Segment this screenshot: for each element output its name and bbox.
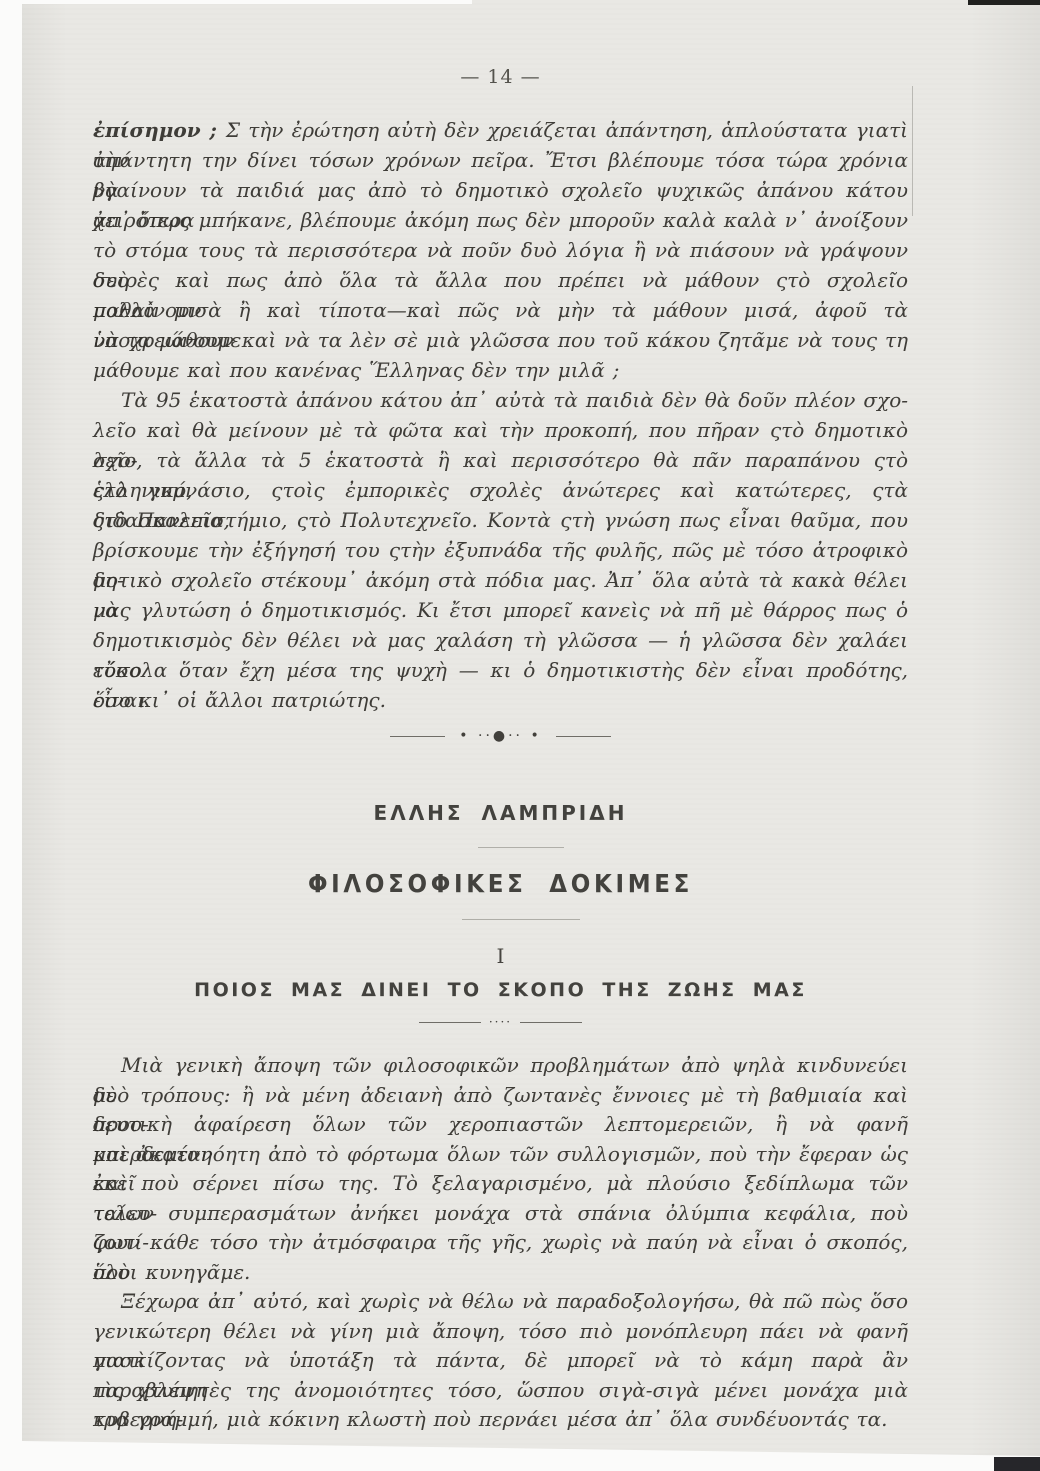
paragraph-2: Τὰ 95 ἑκατοστὰ ἀπάνου κάτου ἀπ᾽ αὐτὰ τὰ … bbox=[93, 385, 908, 715]
text-line: τρα γραμμή, μιὰ κόκινη κλωστὴ ποὺ περνάε… bbox=[93, 1405, 908, 1435]
text-line: Τὰ 95 ἑκατοστὰ ἀπάνου κάτου ἀπ᾽ αὐτὰ τὰ … bbox=[93, 385, 908, 415]
divider-line bbox=[556, 736, 611, 737]
text-line: μας γλυτώση ὁ δημοτικισμός. Κι ἔτσι μπορ… bbox=[93, 595, 908, 625]
text-line: βγαίνουν τὰ παιδιά μας ἀπὸ τὸ δημοτικὸ σ… bbox=[93, 175, 908, 205]
divider-line bbox=[419, 1022, 481, 1023]
chapter-divider-ornament: ···· bbox=[93, 1015, 908, 1029]
paragraph-lead-word: ἐπίσημον ; bbox=[93, 118, 217, 142]
text-line: σειρὲς καὶ πως ἀπὸ ὅλα τὰ ἄλλα που πρέπε… bbox=[93, 265, 908, 295]
paragraph-3: Μιὰ γενικὴ ἄποψη τῶν φιλοσοφικῶν προβλημ… bbox=[93, 1051, 908, 1287]
text-line: μοτικὸ σχολεῖο στέκουμ᾽ ἀκόμη στὰ πόδια … bbox=[93, 565, 908, 595]
text-line: δημοτικισμὸς δὲν θέλει νὰ μας χαλάση τὴ … bbox=[93, 625, 908, 655]
paragraph-4: Ξέχωρα ἀπ᾽ αὐτό, καὶ χωρὶς νὰ θέλω νὰ πα… bbox=[93, 1287, 908, 1435]
text-line: καὶ ποὺ σέρνει πίσω της. Τὸ ξελαγαρισμέν… bbox=[93, 1169, 908, 1199]
divider-line bbox=[390, 736, 445, 737]
text-line: ςτὸ Πανεπιστήμιο, ςτὸ Πολυτεχνεῖο. Κοντὰ… bbox=[93, 505, 908, 535]
text-line: ταίων συμπερασμάτων ἀνήκει μονάχα στὰ σπ… bbox=[93, 1199, 908, 1229]
scan-dark-artifact-top bbox=[968, 0, 1040, 5]
text-line: λεῖο, τὰ ἄλλα τὰ 5 ἑκατοστὰ ἢ καὶ περισσ… bbox=[93, 445, 908, 475]
text-line: ἀπ᾽ ὅπως μπήκανε, βλέπουμε ἀκόμη πως δὲν… bbox=[93, 205, 908, 235]
text-line: τὸ στόμα τους τὰ περισσότερα νὰ ποῦν δυὸ… bbox=[93, 235, 908, 265]
text-line: Μιὰ γενικὴ ἄποψη τῶν φιλοσοφικῶν προβλημ… bbox=[93, 1051, 908, 1081]
text-line: ςτὸ γυμνάσιο, ςτοὶς ἐμπορικὲς σχολὲς ἀνώ… bbox=[93, 475, 908, 505]
chapter-title-heading: ΠΟΙΟΣ ΜΑΣ ΔΙΝΕΙ ΤΟ ΣΚΟΠΟ ΤΗΣ ΖΩΗΣ ΜΑΣ bbox=[93, 979, 908, 1001]
text-line: ὅλοι κυνηγᾶμε. bbox=[93, 1258, 908, 1288]
page-number: — 14 — bbox=[93, 66, 908, 88]
heading-rule bbox=[478, 847, 564, 848]
paragraph-1: ἐπίσημον ;Σ τὴν ἐρώτηση αὐτὴ δὲν χρειάζε… bbox=[93, 115, 908, 385]
paragraph-lines: Μιὰ γενικὴ ἄποψη τῶν φιλοσοφικῶν προβλημ… bbox=[93, 1051, 908, 1287]
text-line: γενικώτερη θέλει νὰ γίνη μιὰ ἄποψη, τόσο… bbox=[93, 1317, 908, 1347]
scanned-book-page: — 14 — ἐπίσημον ;Σ τὴν ἐρώτηση αὐτὴ δὲν … bbox=[0, 0, 1040, 1471]
heading-rule bbox=[462, 919, 580, 920]
paragraph-lines: ἀπάντητη την δίνει τόσων χρόνων πεῖρα. Ἔ… bbox=[93, 145, 908, 385]
scan-fold-line bbox=[912, 86, 913, 216]
text-line: καὶ ἀκατανόητη ἀπὸ τὸ φόρτωμα ὅλων τῶν σ… bbox=[93, 1140, 908, 1170]
text-line: πολλὰ μισὰ ἢ καὶ τίποτα—καὶ πῶς νὰ μὴν τ… bbox=[93, 295, 908, 325]
text-line: νὰ τα μάθουν καὶ νὰ τα λὲν σὲ μιὰ γλῶσσα… bbox=[93, 325, 908, 355]
text-line: ἐπίσημον ;Σ τὴν ἐρώτηση αὐτὴ δὲν χρειάζε… bbox=[93, 115, 908, 145]
section-divider-ornament: • ··●·· • bbox=[93, 728, 908, 744]
text-line: ζουν κάθε τόσο τὴν ἀτμόσφαιρα τῆς γῆς, χ… bbox=[93, 1228, 908, 1258]
paragraph-lines: Τὰ 95 ἑκατοστὰ ἀπάνου κάτου ἀπ᾽ αὐτὰ τὰ … bbox=[93, 385, 908, 715]
text-line: πασκίζοντας νὰ ὑποτάξη τὰ πάντα, δὲ μπορ… bbox=[93, 1346, 908, 1376]
text-line: μάθουμε καὶ που κανένας Ἕλληνας δὲν την … bbox=[93, 355, 908, 385]
text-line: βρίσκουμε τὴν ἐξήγησή του ςτὴν ἐξυπνάδα … bbox=[93, 535, 908, 565]
divider-line bbox=[520, 1022, 582, 1023]
text-line: εὔκολα ὅταν ἔχη μέσα της ψυχὴ — κι ὁ δημ… bbox=[93, 655, 908, 685]
scan-edge-artifact bbox=[22, 0, 472, 4]
scan-dark-artifact-bottom bbox=[994, 1457, 1040, 1471]
text-line: Ξέχωρα ἀπ᾽ αὐτό, καὶ χωρὶς νὰ θέλω νὰ πα… bbox=[93, 1287, 908, 1317]
chapter-numeral: I bbox=[93, 944, 908, 968]
divider-dots: ···· bbox=[489, 1015, 512, 1029]
text-line: τὶς χτυπητὲς της ἀνομοιότητες τόσο, ὥσπο… bbox=[93, 1376, 908, 1406]
paragraph-lines: Ξέχωρα ἀπ᾽ αὐτό, καὶ χωρὶς νὰ θέλω νὰ πα… bbox=[93, 1287, 908, 1435]
text-line: δυὸ τρόπους: ἢ νὰ μένη ἀδειανὴ ἀπὸ ζωντα… bbox=[93, 1081, 908, 1111]
divider-dots: • ··●·· • bbox=[459, 728, 541, 744]
text-line: ὅσο κι᾽ οἱ ἄλλοι πατριώτης. bbox=[93, 685, 908, 715]
series-title-heading: ΦΙΛΟΣΟΦΙΚΕΣ ΔΟΚΙΜΕΣ bbox=[126, 869, 876, 898]
text-line: δευτικὴ ἀφαίρεση ὅλων τῶν χεροπιαστῶν λε… bbox=[93, 1110, 908, 1140]
text-line: ἀπάντητη την δίνει τόσων χρόνων πεῖρα. Ἔ… bbox=[93, 145, 908, 175]
author-name-heading: ΕΛΛΗΣ ΛΑΜΠΡΙΔΗ bbox=[93, 801, 908, 825]
text-line: λεῖο καὶ θὰ μείνουν μὲ τὰ φῶτα καὶ τὴν π… bbox=[93, 415, 908, 445]
